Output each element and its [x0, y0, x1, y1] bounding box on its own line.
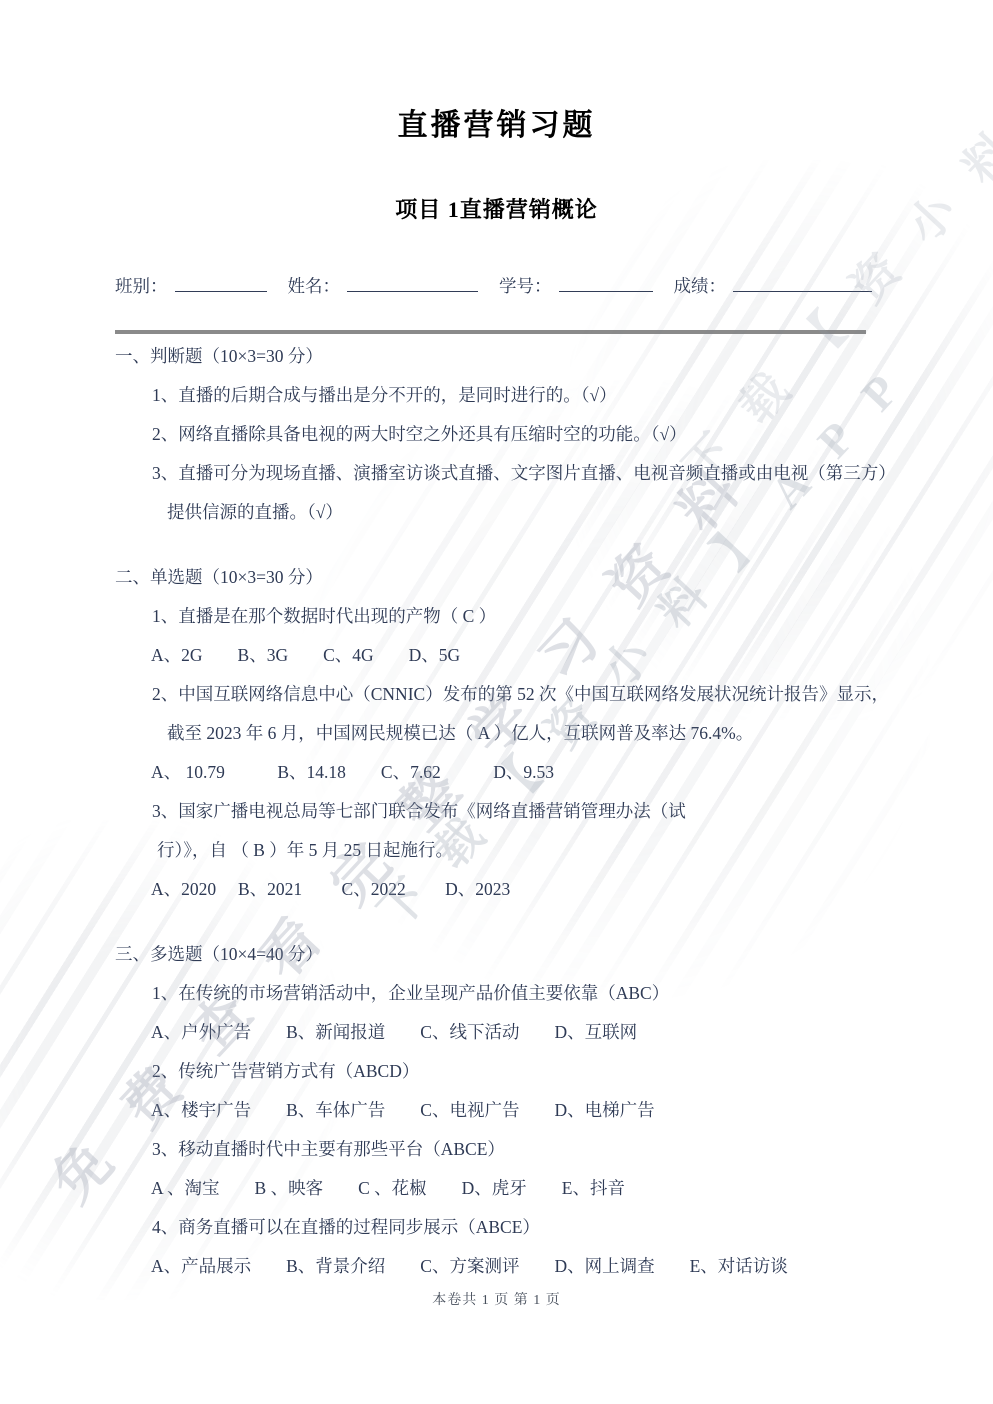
- form-field: 成绩：: [674, 274, 873, 298]
- question-line: 2、中国互联网络信息中心（CNNIC）发布的第 52 次《中国互联网络发展状况统…: [152, 675, 953, 714]
- question-line: 2、传统广告营销方式有（ABCD）: [152, 1052, 953, 1091]
- section-heading: 一、判断题（10×3=30 分）: [115, 337, 953, 376]
- section-heading: 二、单选题（10×3=30 分）: [115, 558, 953, 597]
- options-line: A、产品展示 B、背景介绍 C、方案测评 D、网上调查 E、对话访谈: [151, 1247, 953, 1286]
- page-subtitle: 项目 1直播营销概论: [115, 197, 953, 223]
- continuation-line: 截至 2023 年 6 月，中国网民规模已达（ A ）亿人，互联网普及率达 76…: [167, 714, 953, 753]
- section-heading: 三、多选题（10×4=40 分）: [115, 935, 953, 974]
- question-line: 1、在传统的市场营销活动中，企业呈现产品价值主要依靠（ABC）: [152, 974, 953, 1013]
- continuation-line: 提供信源的直播。（√）: [167, 493, 953, 532]
- question-line: 3、国家广播电视总局等七部门联合发布《网络直播营销管理办法（试: [152, 792, 953, 831]
- question-line: 3、移动直播时代中主要有那些平台（ABCE）: [152, 1130, 953, 1169]
- continuation-line: 行）》，自 （ B ）年 5 月 25 日起施行。: [157, 831, 953, 870]
- fill-in-blank: [175, 274, 267, 292]
- options-line: A、2G B、3G C、4G D、5G: [151, 636, 953, 675]
- options-line: A、户外广告 B、新闻报道 C、线下活动 D、互联网: [151, 1013, 953, 1052]
- form-fields: 班别：姓名：学号：成绩：: [115, 274, 872, 298]
- document-content: 直播营销习题 项目 1直播营销概论 班别：姓名：学号：成绩： 一、判断题（10×…: [0, 108, 993, 1286]
- page-title: 直播营销习题: [115, 108, 953, 144]
- page-footer: 本卷共 1 页 第 1 页: [0, 1292, 993, 1310]
- sections: 一、判断题（10×3=30 分）1、直播的后期合成与播出是分不开的，是同时进行的…: [115, 337, 953, 1286]
- form-field: 班别：: [115, 274, 267, 298]
- question-line: 3、直播可分为现场直播、演播室访谈式直播、文字图片直播、电视音频直播或由电视（第…: [152, 454, 953, 493]
- exam-document-page: 直播营销习题 项目 1直播营销概论 班别：姓名：学号：成绩： 一、判断题（10×…: [0, 0, 993, 1404]
- question-line: 2、网络直播除具备电视的两大时空之外还具有压缩时空的功能。（√）: [152, 415, 953, 454]
- form-field-label: 学号：: [499, 276, 552, 296]
- form-field: 姓名：: [288, 274, 479, 298]
- fill-in-blank: [733, 274, 872, 292]
- question-line: 1、直播是在那个数据时代出现的产物（ C ）: [152, 597, 953, 636]
- form-field-label: 班别：: [115, 276, 168, 296]
- options-line: A、 10.79 B、14.18 C、7.62 D、9.53: [151, 753, 953, 792]
- question-section: 一、判断题（10×3=30 分）1、直播的后期合成与播出是分不开的，是同时进行的…: [115, 337, 953, 532]
- question-section: 三、多选题（10×4=40 分）1、在传统的市场营销活动中，企业呈现产品价值主要…: [115, 935, 953, 1286]
- form-field-label: 姓名：: [288, 276, 341, 296]
- question-line: 4、商务直播可以在直播的过程同步展示（ABCE）: [152, 1208, 953, 1247]
- options-line: A、2020 B、2021 C、2022 D、2023: [151, 870, 953, 909]
- fill-in-blank: [559, 274, 653, 292]
- question-section: 二、单选题（10×3=30 分）1、直播是在那个数据时代出现的产物（ C ）A、…: [115, 558, 953, 909]
- fill-in-blank: [347, 274, 478, 292]
- form-field-label: 成绩：: [674, 276, 727, 296]
- question-line: 1、直播的后期合成与播出是分不开的，是同时进行的。（√）: [152, 376, 953, 415]
- options-line: A、楼宇广告 B、车体广告 C、电视广告 D、电梯广告: [151, 1091, 953, 1130]
- options-line: A 、淘宝 B 、映客 C 、花椒 D、虎牙 E、抖音: [151, 1169, 953, 1208]
- form-field: 学号：: [499, 274, 653, 298]
- header-divider: [115, 330, 866, 334]
